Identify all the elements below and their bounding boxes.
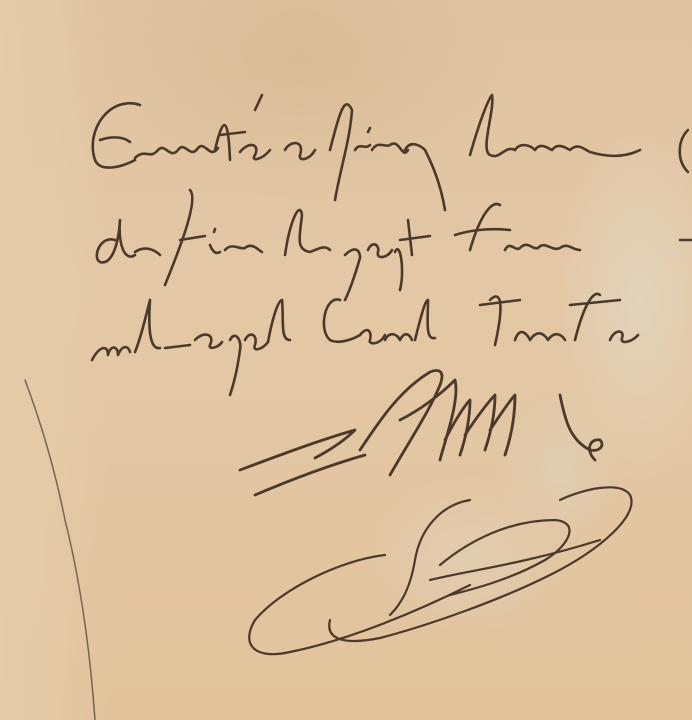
signature (240, 371, 602, 495)
signature-paraph (249, 487, 631, 654)
ink-line-3 (92, 294, 638, 395)
manuscript-page: Executé a Givry heure de five le sept Ju… (0, 0, 692, 720)
ink-line-2 (97, 190, 692, 300)
ink-line-1 (93, 95, 688, 210)
handwriting-ink (0, 0, 692, 720)
